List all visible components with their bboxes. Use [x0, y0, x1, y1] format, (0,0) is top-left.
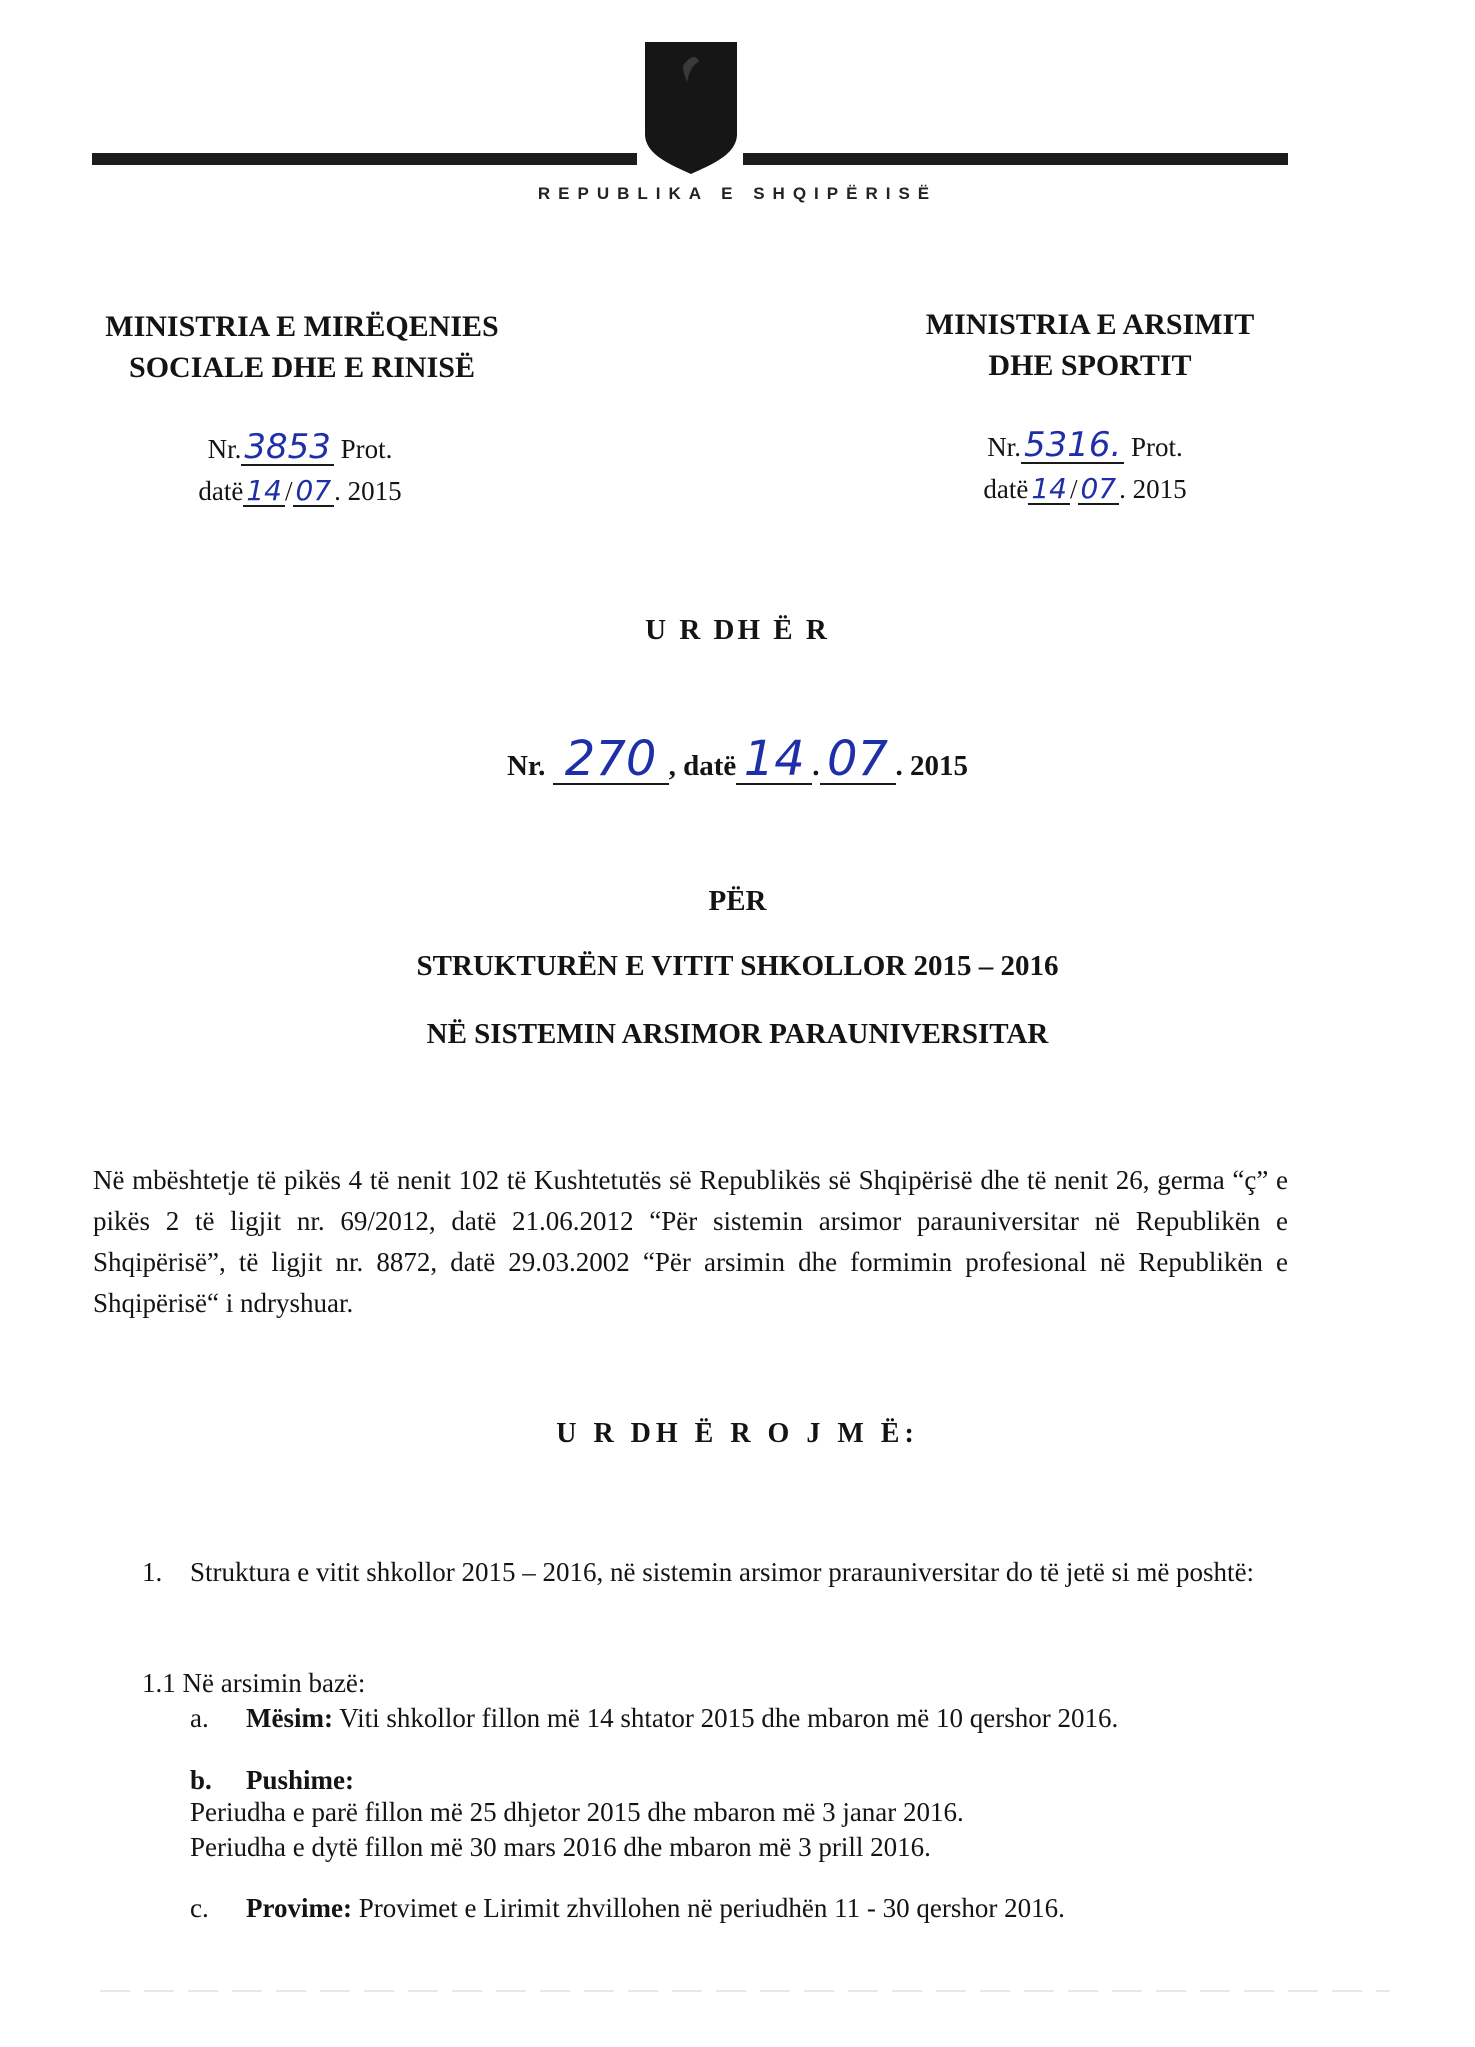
list-item-1: 1. Struktura e vitit shkollor 2015 – 201…: [142, 1552, 1292, 1592]
order-subject-prefix: PËR: [0, 885, 1475, 918]
order-subject-line1: STRUKTURËN E VITIT SHKOLLOR 2015 – 2016: [0, 950, 1475, 983]
nr-label: Nr.: [208, 434, 242, 464]
list-item-1-1: 1.1 Në arsimin bazë:: [142, 1663, 365, 1703]
prot-label: Prot.: [341, 434, 393, 464]
date-label: datë: [198, 476, 243, 506]
sub-item-text: Provimet e Lirimit zhvillohen në periudh…: [352, 1893, 1065, 1923]
list-item-text: Në arsimin bazë:: [183, 1668, 366, 1698]
date-separator: /: [1070, 474, 1078, 504]
list-item-text: Struktura e vitit shkollor 2015 – 2016, …: [190, 1552, 1292, 1592]
prot-label: Prot.: [1131, 432, 1183, 462]
ministry-name-line1: MINISTRIA E ARSIMIT: [880, 304, 1300, 345]
ministry-education-protocol: Nr.5316. Prot. datë14/07. 2015: [935, 426, 1235, 510]
date-day: 14: [1028, 475, 1070, 505]
list-item-number: 1.1: [142, 1668, 176, 1698]
date-month: 07: [293, 477, 335, 507]
order-number: 270: [553, 735, 669, 785]
coat-of-arms-shield-icon: [643, 42, 739, 174]
sub-item-label: Mësim:: [246, 1703, 333, 1733]
ministry-name-line2: DHE SPORTIT: [880, 345, 1300, 386]
date-month: 07: [1078, 475, 1120, 505]
scan-artifact-line: [100, 1990, 1390, 1992]
protocol-number: 5316.: [1021, 428, 1124, 464]
order-date-year: . 2015: [896, 750, 969, 782]
order-subject-line2: NË SISTEMIN ARSIMOR PARAUNIVERSITAR: [0, 1018, 1475, 1051]
sub-item-a: a.Mësim: Viti shkollor fillon më 14 shta…: [190, 1698, 1290, 1738]
ministry-welfare-header: MINISTRIA E MIRËQENIES SOCIALE DHE E RIN…: [62, 306, 542, 388]
order-number-line: Nr. 270, datë14.07. 2015: [0, 735, 1475, 785]
sub-item-letter: a.: [190, 1698, 246, 1738]
sub-item-b: b.Pushime:: [190, 1760, 1290, 1800]
ministry-name-line1: MINISTRIA E MIRËQENIES: [62, 306, 542, 347]
order-date-dot: .: [812, 750, 819, 782]
order-date-label: , datë: [669, 750, 737, 782]
holiday-periods: Periudha e parë fillon më 25 dhjetor 201…: [190, 1795, 1290, 1865]
sub-item-label: Pushime:: [246, 1765, 354, 1795]
sub-item-letter: c.: [190, 1888, 246, 1928]
date-year: . 2015: [1119, 474, 1187, 504]
protocol-number: 3853: [241, 430, 334, 466]
letterhead-rule-left: [92, 153, 637, 165]
order-title: U R DH Ë R: [0, 614, 1475, 647]
letterhead-rule-right: [743, 153, 1288, 165]
sub-item-c: c.Provime: Provimet e Lirimit zhvillohen…: [190, 1888, 1290, 1928]
sub-item-label: Provime:: [246, 1893, 352, 1923]
date-separator: /: [285, 476, 293, 506]
sub-item-text: Viti shkollor fillon më 14 shtator 2015 …: [333, 1703, 1118, 1733]
holiday-period-2: Periudha e dytë fillon më 30 mars 2016 d…: [190, 1830, 1290, 1865]
date-label: datë: [983, 474, 1028, 504]
date-day: 14: [243, 477, 285, 507]
legal-basis-paragraph: Në mbështetje të pikës 4 të nenit 102 të…: [93, 1160, 1288, 1324]
order-date-month: 07: [820, 735, 896, 785]
ministry-name-line2: SOCIALE DHE E RINISË: [62, 347, 542, 388]
republic-name: REPUBLIKA E SHQIPËRISË: [0, 184, 1475, 204]
decree-heading: U R DH Ë R O J M Ë:: [0, 1418, 1475, 1450]
holiday-period-1: Periudha e parë fillon më 25 dhjetor 201…: [190, 1795, 1290, 1830]
list-item-number: 1.: [142, 1552, 162, 1592]
ministry-welfare-protocol: Nr.3853 Prot. datë14/07. 2015: [140, 428, 460, 512]
date-year: . 2015: [334, 476, 402, 506]
order-nr-label: Nr.: [507, 750, 545, 782]
order-date-day: 14: [736, 735, 812, 785]
ministry-education-header: MINISTRIA E ARSIMIT DHE SPORTIT: [880, 304, 1300, 386]
sub-item-letter: b.: [190, 1760, 246, 1800]
nr-label: Nr.: [987, 432, 1021, 462]
